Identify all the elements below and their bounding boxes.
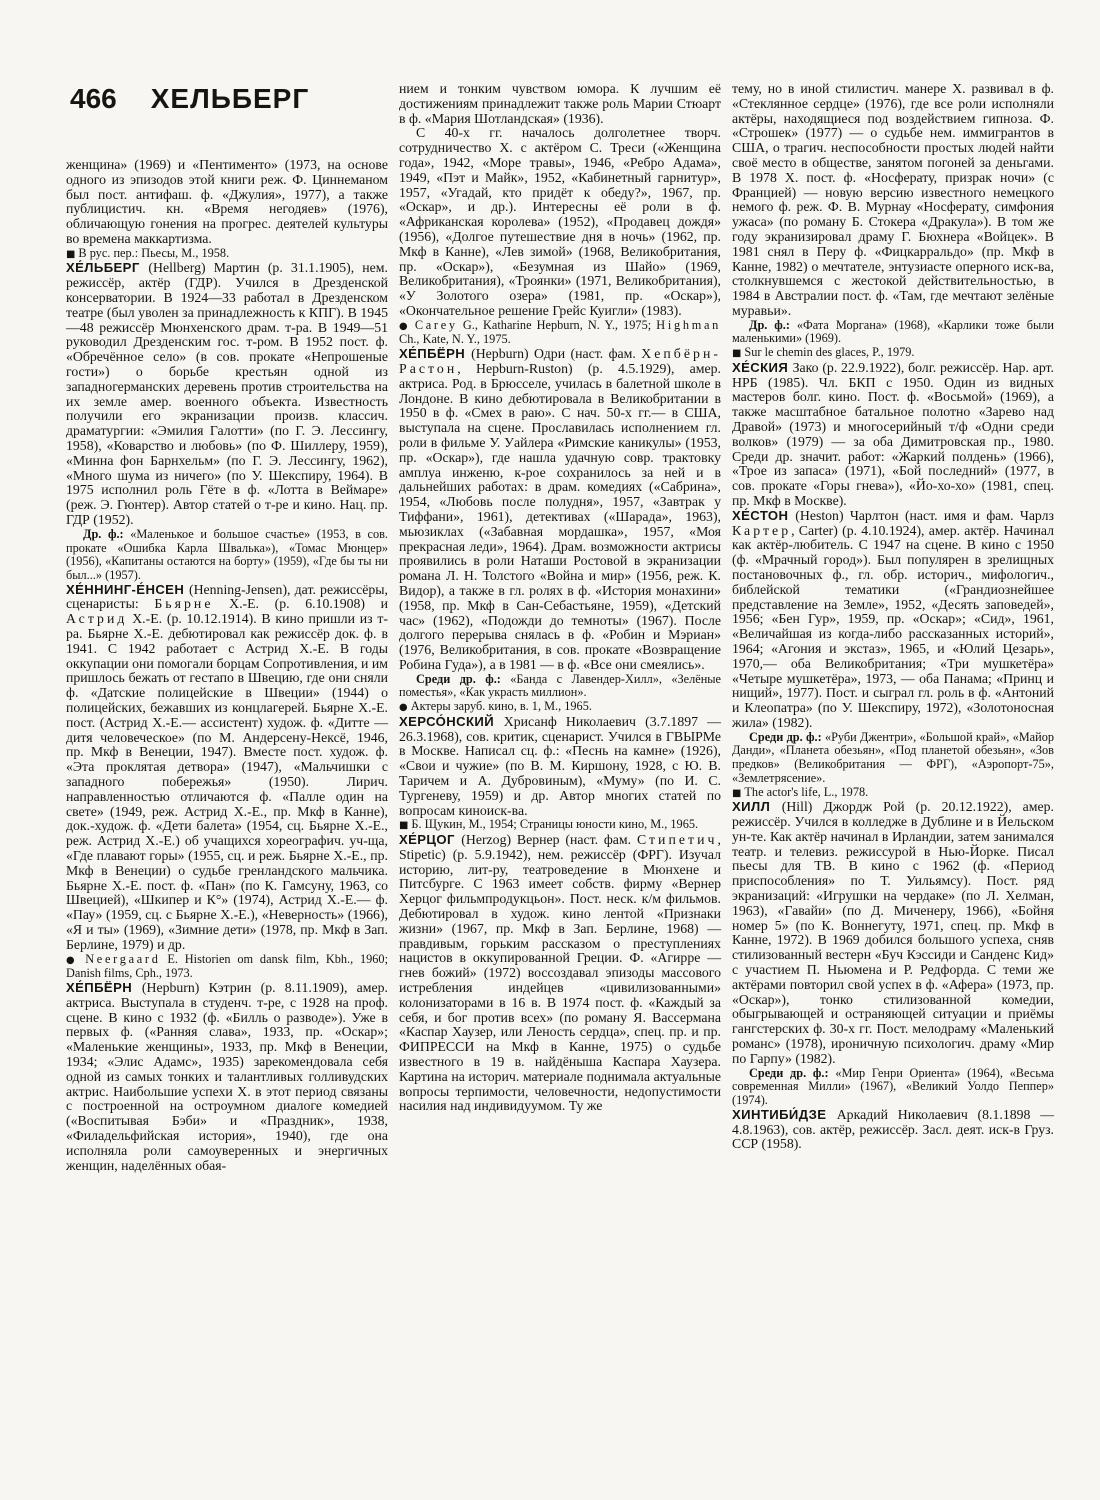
filmography-label: Др. ф.: (749, 318, 797, 332)
text-run: Хрисанф Николаевич (3.7.1897 — 26.3.1968… (399, 714, 721, 818)
text-run: Х.-Е. (р. 6.10.1908) и (214, 596, 389, 611)
text-run: (Heston) Чарлтон (наст. имя и фам. Чарлз (795, 508, 1054, 523)
filmography-label: Среди др. ф.: (416, 672, 510, 686)
entry-headword: ХИЛЛ (732, 799, 782, 814)
bibliography-note: ■ Sur le chemin des glaces, P., 1979. (732, 346, 1054, 361)
filmography-note: Среди др. ф.: «Банда с Лавендер-Хилл», «… (399, 673, 721, 700)
entry-headword: ХЕ́ПБЁРН (399, 346, 471, 361)
text-run: (Hill) Джордж Рой (р. 20.12.1922), амер.… (732, 799, 1054, 1066)
text-run: The actor's life, L., 1978. (744, 785, 868, 799)
bibliography-note: ■ The actor's life, L., 1978. (732, 786, 1054, 801)
text-run: Актеры заруб. кино, в. 1, М., 1965. (411, 699, 592, 713)
text-run: В рус. пер.: Пьесы, М., 1958. (78, 246, 229, 260)
bibliography-note: ■ В рус. пер.: Пьесы, М., 1958. (66, 247, 388, 262)
biblio-marker-icon: ■ (399, 820, 411, 831)
entry-headword: ХИНТИБИ́ДЗЕ (732, 1107, 837, 1122)
entry-headword: ХЕ́СКИЯ (732, 360, 793, 375)
filmography-label: Среди др. ф.: (749, 1066, 835, 1080)
text-run: С 40-х гг. началось долголетнее творч. с… (399, 125, 721, 318)
entry-paragraph: ХЕ́ПБЁРН (Hepburn) Кэтрин (р. 8.11.1909)… (66, 981, 388, 1173)
biblio-marker-icon: ■ (732, 348, 744, 359)
text-run: женщина» (1969) и «Пентименто» (1973, на… (66, 157, 388, 246)
bibliography-note: ■ Б. Щукин, М., 1954; Страницы юности ки… (399, 818, 721, 833)
text-run: Зако (р. 22.9.1922), болг. режиссёр. Нар… (732, 360, 1054, 508)
column-1: женщина» (1969) и «Пентименто» (1973, на… (66, 82, 388, 1173)
text-run: (Hepburn) Кэтрин (р. 8.11.1909), амер. а… (66, 980, 388, 1173)
text-run: (Hepburn) Одри (наст. фам. (471, 346, 641, 361)
biblio-marker-icon: ● (66, 955, 85, 966)
biblio-marker-icon: ■ (732, 788, 744, 799)
entry-headword: ХЕ́РЦОГ (399, 832, 461, 847)
bibliography-note: ● Carey G., Katharine Hepburn, N. Y., 19… (399, 319, 721, 347)
biblio-marker-icon: ● (399, 702, 411, 713)
text-run: Х.-Е. (р. 10.12.1914). В кино пришли из … (66, 611, 388, 952)
filmography-note: Среди др. ф.: «Мир Генри Ориента» (1964)… (732, 1067, 1054, 1108)
biblio-marker-icon: ● (399, 321, 415, 332)
emphasized-name: Картер (732, 523, 791, 538)
filmography-note: Др. ф.: «Маленькое и большое счастье» (1… (66, 528, 388, 583)
emphasized-name: Астрид (66, 611, 127, 626)
text-run: , Carter) (р. 4.10.1924), амер. актёр. Н… (732, 523, 1054, 730)
entry-headword: ХЕ́ПБЁРН (66, 980, 142, 995)
continuation-paragraph: женщина» (1969) и «Пентименто» (1973, на… (66, 158, 388, 247)
filmography-note: Среди др. ф.: «Руби Джентри», «Большой к… (732, 731, 1054, 786)
text-run: тему, но в иной стилистич. манере Х. раз… (732, 81, 1054, 318)
emphasized-name: Бьярне (154, 596, 213, 611)
text-run: Ch., Kate, N. Y., 1975. (399, 332, 511, 346)
entry-paragraph: ХЕРСО́НСКИЙ Хрисанф Николаевич (3.7.1897… (399, 715, 721, 819)
entry-headword: ХЕ́ЛЬБЕРГ (66, 260, 148, 275)
bibliography-note: ● Neergaard E. Historien om dansk film, … (66, 953, 388, 981)
entry-paragraph: ХЕ́СКИЯ Зако (р. 22.9.1922), болг. режис… (732, 361, 1054, 509)
entry-headword: ХЕ́СТОН (732, 508, 795, 523)
text-columns: женщина» (1969) и «Пентименто» (1973, на… (66, 82, 1054, 1173)
entry-paragraph: ХЕ́ПБЁРН (Hepburn) Одри (наст. фам. Хепб… (399, 347, 721, 673)
entry-paragraph: ХЕ́РЦОГ (Herzog) Вернер (наст. фам. Стип… (399, 833, 721, 1114)
column-3: тему, но в иной стилистич. манере Х. раз… (732, 82, 1054, 1173)
entry-paragraph: ХЕ́ННИНГ-Е́НСЕН (Henning-Jensen), дат. р… (66, 583, 388, 953)
entry-paragraph: ХЕ́СТОН (Heston) Чарлтон (наст. имя и фа… (732, 509, 1054, 731)
filmography-label: Среди др. ф.: (749, 730, 825, 744)
column-2: нием и тонким чувством юмора. К лучшим е… (399, 82, 721, 1173)
filmography-label: Др. ф.: (83, 527, 130, 541)
entry-headword: ХЕ́ННИНГ-Е́НСЕН (66, 582, 189, 597)
filmography-note: Др. ф.: «Фата Моргана» (1968), «Карлики … (732, 319, 1054, 346)
continuation-paragraph: нием и тонким чувством юмора. К лучшим е… (399, 82, 721, 126)
entry-paragraph: ХЕ́ЛЬБЕРГ (Hellberg) Мартин (р. 31.1.190… (66, 261, 388, 527)
biblio-marker-icon: ■ (66, 249, 78, 260)
text-run: (Herzog) Вернер (наст. фам. (461, 832, 637, 847)
entry-paragraph: ХИНТИБИ́ДЗЕ Аркадий Николаевич (8.1.1898… (732, 1108, 1054, 1152)
bibliography-note: ● Актеры заруб. кино, в. 1, М., 1965. (399, 700, 721, 715)
emphasized-name: Carey (415, 318, 458, 332)
emphasized-name: Стипетич (637, 832, 718, 847)
text-run: (Hellberg) Мартин (р. 31.1.1905), нем. р… (66, 260, 388, 527)
entry-headword: ХЕРСО́НСКИЙ (399, 714, 504, 729)
text-run: G., Katharine Hepburn, N. Y., 1975; (458, 318, 657, 332)
entry-paragraph: ХИЛЛ (Hill) Джордж Рой (р. 20.12.1922), … (732, 800, 1054, 1066)
emphasized-name: Highman (656, 318, 721, 332)
text-run: , Hepburn-Ruston) (р. 4.5.1929), амер. а… (399, 361, 721, 672)
text-run: , Stipetic) (р. 5.9.1942), нем. режиссёр… (399, 832, 721, 1113)
text-run: Sur le chemin des glaces, P., 1979. (744, 345, 914, 359)
encyclopedia-page: { "page": { "number": "466", "running_he… (0, 0, 1100, 1500)
continuation-paragraph: тему, но в иной стилистич. манере Х. раз… (732, 82, 1054, 319)
text-run: Б. Щукин, М., 1954; Страницы юности кино… (411, 817, 698, 831)
paragraph: С 40-х гг. началось долголетнее творч. с… (399, 126, 721, 318)
emphasized-name: Neergaard (85, 952, 160, 966)
text-run: нием и тонким чувством юмора. К лучшим е… (399, 81, 721, 126)
